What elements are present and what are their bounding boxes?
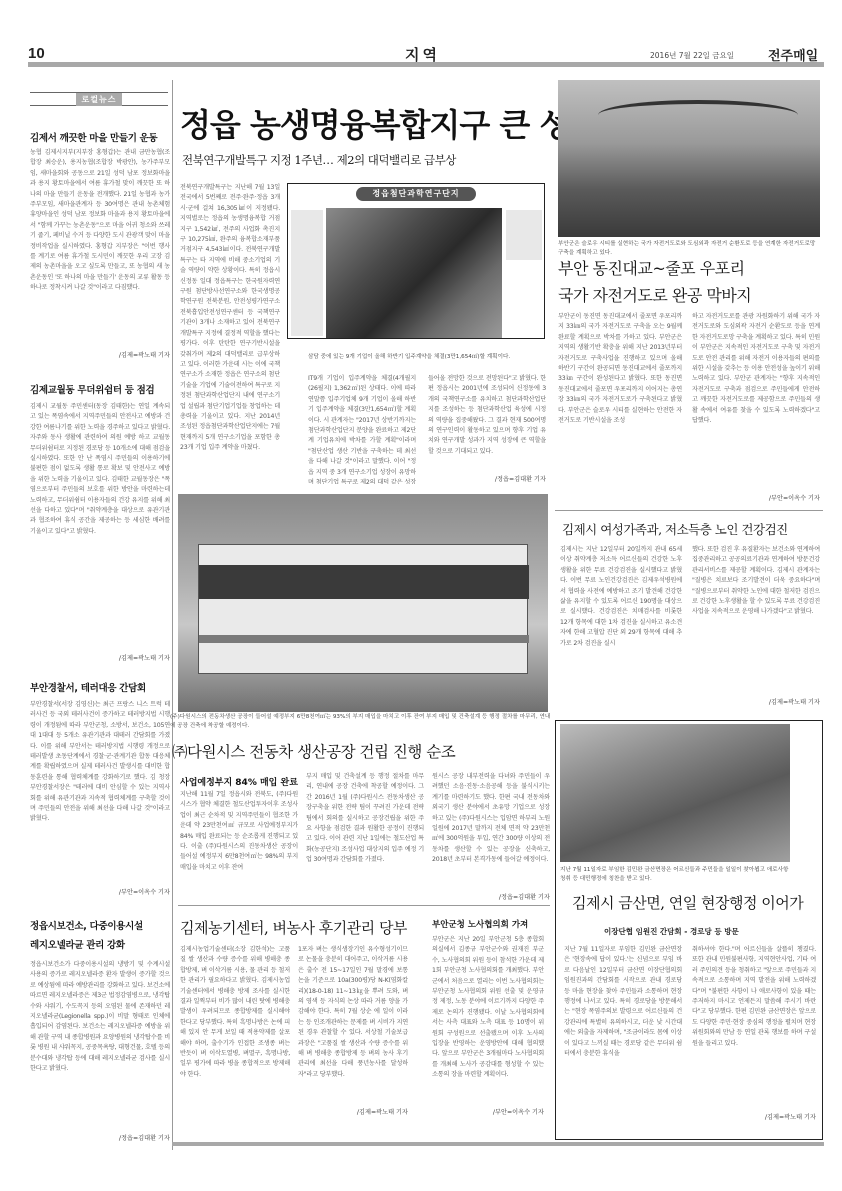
ev-article-col1: 지난해 11월 7일 정읍시와 전북도, (주)다원시스가 협약 체결한 철도산… bbox=[180, 790, 298, 900]
sidebar-article-4-title: 정읍시보건소, 다중이용시설 bbox=[30, 918, 170, 932]
main-article-byline: /정읍=김대환 기자 bbox=[428, 474, 546, 483]
agri-article-col1: 김제시농업기술센터(소장 김한석)는 고품질 쌀 생산과 수량 증수를 위해 병… bbox=[180, 945, 290, 1115]
ev-article-col2: 부지 매입 및 건축설계 등 행정 절차를 마무리, 연내에 공장 건축에 착공… bbox=[306, 772, 424, 900]
research-complex-map: 정읍첨단과학연구단지 bbox=[287, 183, 545, 339]
canopy-shape bbox=[598, 100, 798, 130]
sidebar-article-4-title2: 레지오넬라균 관리 강화 bbox=[30, 937, 170, 951]
sidebar-article-2-title: 김제교월동 무더위쉼터 등 점검 bbox=[30, 382, 170, 396]
seniors-meeting-photo bbox=[560, 724, 790, 862]
sidebar-article-3-title: 부안경찰서, 테러대응 간담회 bbox=[30, 680, 170, 694]
ev-article-col3: 원시스 공장 내부전력을 다녀와 주민들이 우려했던 소음·진동·소음공해 등을… bbox=[432, 772, 550, 890]
train-windows bbox=[199, 565, 529, 599]
train-photo bbox=[178, 494, 548, 712]
footer-rule bbox=[172, 1142, 824, 1146]
train-stripe bbox=[199, 635, 529, 643]
agri-article-col2: 1포자 벼는 생식생장기인 유수형성기이므로 논물을 충분히 대어주고, 이삭거… bbox=[298, 945, 408, 1105]
sidebar-article-1-byline: /김제=곽노태 기자 bbox=[30, 350, 170, 359]
bike-headline-1: 부안 동진대교~줄포 우포리 bbox=[558, 256, 745, 279]
sidebar-article-3-byline: /부안=이옥수 기자 bbox=[30, 887, 170, 896]
sidebar-article-4-byline: /정읍=김대환 기자 bbox=[30, 1133, 170, 1142]
main-subhead: 전북연구개발특구 지정 1주년… 제2의 대덕밸리로 급부상 bbox=[182, 152, 456, 168]
agri-article-byline: /김제=곽노태 기자 bbox=[298, 1107, 408, 1116]
labor-article-byline: /부안=이옥수 기자 bbox=[432, 1107, 544, 1116]
ev-subhead: 사업예정부지 84% 매입 완료 bbox=[180, 775, 298, 788]
train-body bbox=[198, 544, 528, 674]
main-article-col2: IT9개 기업이 입주계약을 체결(4개필지(26필지) 1,362㎡)된 상태… bbox=[308, 374, 416, 484]
senior-headline: 김제시 여성가족과, 저소득층 노인 건강검진 bbox=[562, 520, 788, 538]
main-article-col3: 들어올 전망한 것으로 전망된다"고 밝혔다. 한편 정읍시는 2001년에 조… bbox=[428, 374, 546, 464]
sidebar-article-1-body: 농협 김제시지부(지부장 홍형갑)는 관내 금만농협(조합장 최승운), 용지농… bbox=[30, 148, 170, 348]
labor-headline: 부안군청 노사협의회 가져 bbox=[432, 918, 528, 930]
section-divider bbox=[555, 510, 823, 511]
geumsan-photo-caption: 지난 7월 11일자로 부임한 김민완 금산면장은 어르신들과 주민들을 일일이… bbox=[560, 866, 790, 884]
bike-article-byline: /부안=이옥수 기자 bbox=[692, 493, 820, 502]
senior-article-byline: /김제=곽노태 기자 bbox=[692, 697, 820, 706]
geumsan-subhead: 이장단협 임원진 간담회 - 경로당 등 방문 bbox=[604, 926, 739, 937]
geumsan-article-col2: 취하셔야 한다."며 어르신들을 살뜰히 챙겼다. 또한 관내 민원불편사항, … bbox=[692, 945, 816, 1113]
main-headline: 정읍 농생명융복합지구 큰 성과 bbox=[180, 100, 599, 146]
sidebar-article-1-title: 김제서 깨끗한 마을 만들기 운동 bbox=[30, 130, 170, 144]
bike-headline-2: 국가 자전거도로 완공 막바지 bbox=[558, 283, 751, 306]
header-rule bbox=[28, 62, 824, 67]
local-news-label: 로컬뉴스 bbox=[30, 92, 168, 106]
senior-article-col1: 김제시는 지난 12일부터 20일까지 관내 65세 이상 취약계층 저소득 어… bbox=[560, 545, 682, 705]
geumsan-article-col1: 지난 7월 11일자로 부임한 김민완 금산면장은 '현장속에 답이 있다.'는… bbox=[564, 945, 682, 1120]
publication-date: 2016년 7월 22일 금요일 bbox=[650, 50, 734, 61]
main-article-col1: 전북연구개발특구는 지난해 7월 13일 전국에서 5번째로 전주·완주·정읍 … bbox=[180, 183, 280, 483]
sidebar-article-2-byline: /김제=곽노태 기자 bbox=[30, 653, 170, 662]
geumsan-headline: 김제시 금산면, 연일 현장행정 이어가 bbox=[572, 892, 803, 913]
labor-article-col1: 부안군은 지난 20일 부안군청 5층 종합회의실에서 김종규 부안군수와 권재… bbox=[432, 935, 544, 1105]
map-title: 정읍첨단과학연구단지 bbox=[356, 187, 476, 201]
sidebar-article-3-body: 부안경찰서(서장 김영신)는 최근 프랑스 니스 트럭 테러사건 등 국외 테러… bbox=[30, 700, 170, 886]
map-legend-right bbox=[506, 210, 542, 260]
map-caption: 삼담 중에 있는 9개 기업이 올해 하반기 입주계약을 체결(3만1,654㎡… bbox=[308, 353, 548, 362]
ev-article-byline: /정읍=김대환 기자 bbox=[432, 892, 550, 901]
geumsan-article-byline: /김제=곽노태 기자 bbox=[692, 1112, 816, 1121]
ev-divider bbox=[178, 905, 550, 906]
map-legend-left bbox=[291, 210, 323, 336]
bike-article-col2: 하고 자전거도로를 관광 자원화하기 위해 국가 자전거도로와 도심외곽 자전거… bbox=[692, 312, 820, 492]
page-number: 10 bbox=[28, 45, 45, 62]
senior-article-col2: 했다. 또한 검진 후 유질환자는 보건소와 연계하여 집중관리하고 공공의료기… bbox=[692, 545, 820, 695]
sidebar-divider bbox=[172, 80, 173, 1150]
agri-headline: 김제농기센터, 벼농사 후기관리 당부 bbox=[180, 917, 407, 938]
sidebar-article-4-body: 정읍시보건소가 다중이용시설의 냉방기 및 수계시설 사용의 증가로 레지오넬라… bbox=[30, 960, 170, 1132]
sidebar-article-2-body: 김제시 교월동 주민센터(동장 김태한)는 연일 계속되고 있는 폭염속에서 지… bbox=[30, 402, 170, 650]
train-photo-caption: (주)다원시스의 전동차생산 공장이 들어설 예정부지 6만8천여㎡는 93%의… bbox=[170, 713, 555, 731]
bike-article-col1: 부안군이 동진면 동진대교에서 줄포면 우포리까지 33㎞의 국가 자전거도로 … bbox=[558, 312, 682, 504]
bike-road-photo bbox=[558, 80, 820, 237]
satellite-map bbox=[326, 208, 502, 338]
ev-headline: ㈜다원시스 전동차 생산공장 건립 진행 순조 bbox=[172, 740, 455, 762]
